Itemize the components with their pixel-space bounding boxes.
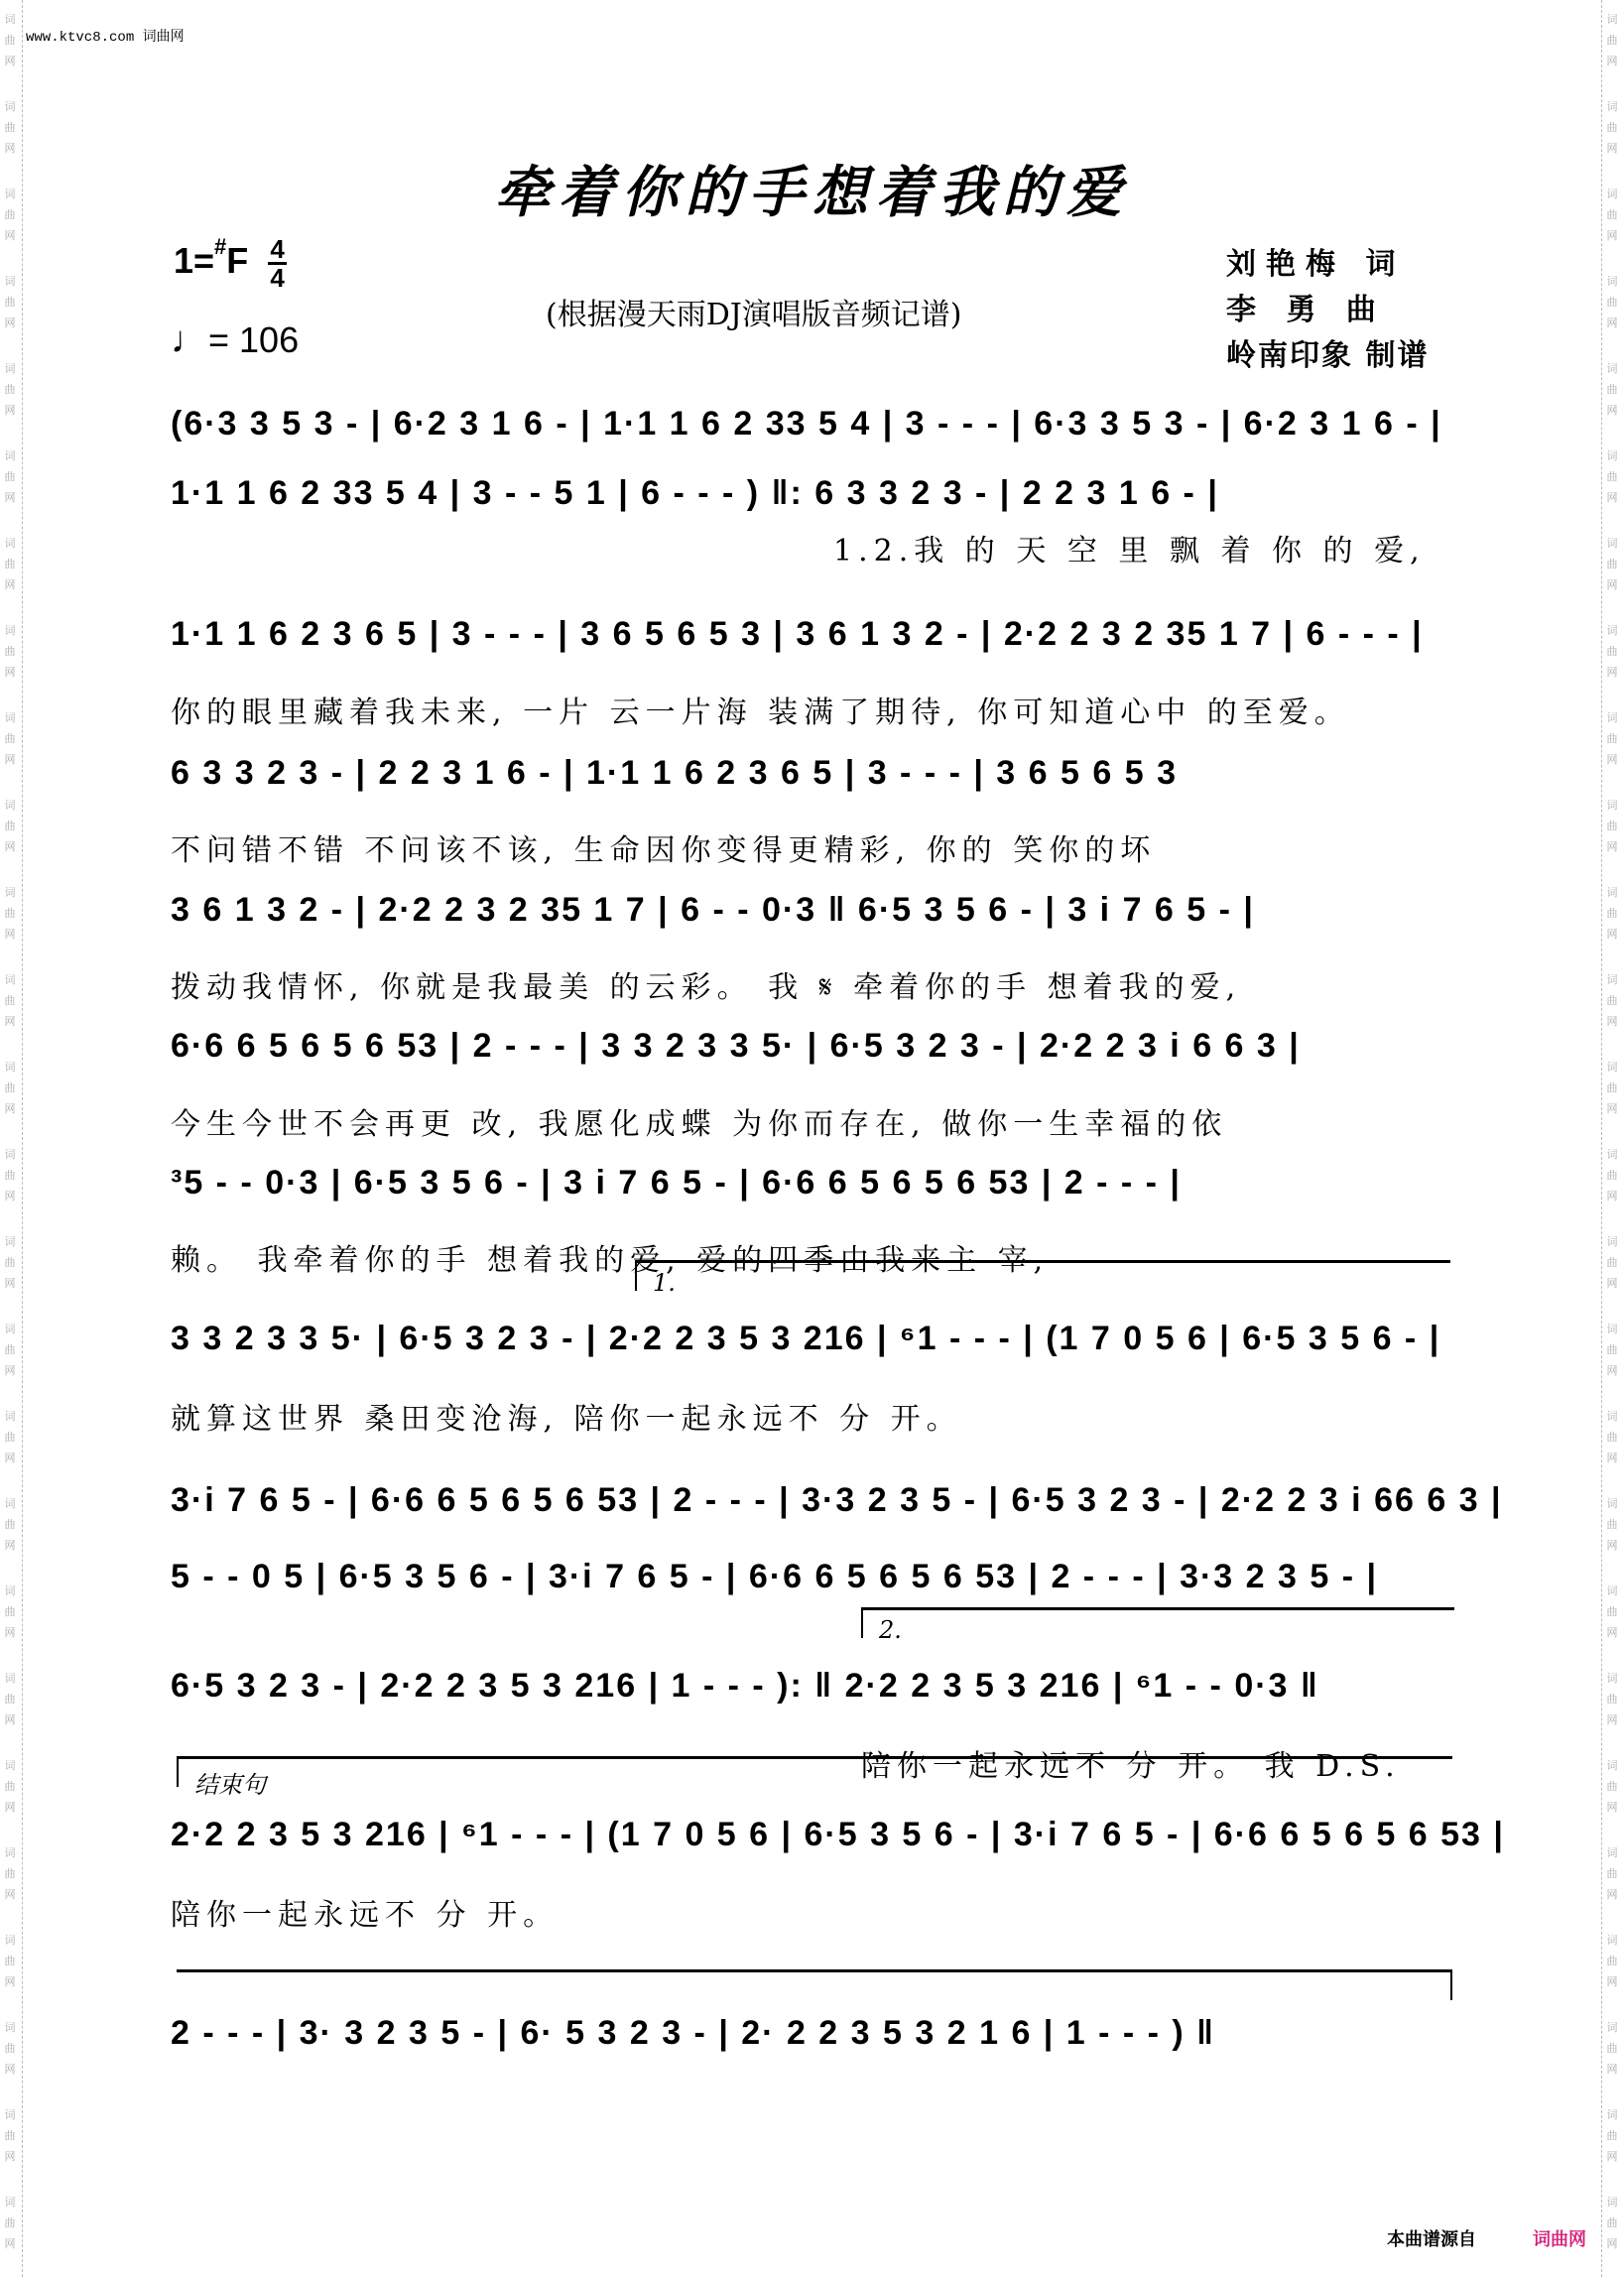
watermark-glyph: 网 <box>3 1012 17 1031</box>
watermark-glyph: 网 <box>3 2234 17 2253</box>
watermark-glyph: 曲 <box>1605 31 1619 50</box>
watermark-glyph: 词 <box>3 2018 17 2037</box>
watermark-glyph: 网 <box>3 1361 17 1380</box>
watermark-glyph: 曲 <box>1605 118 1619 137</box>
watermark-glyph: 网 <box>3 1099 17 1118</box>
lyric-line: 陪你一起永远不 分 开。 <box>171 1890 559 1934</box>
tempo-value: = 106 <box>208 319 299 360</box>
watermark-glyph: 网 <box>3 226 17 245</box>
watermark-glyph: 词 <box>3 970 17 989</box>
watermark-glyph: 词 <box>1605 883 1619 902</box>
watermark-glyph: 网 <box>1605 1710 1619 1729</box>
watermark-glyph: 词 <box>3 1669 17 1688</box>
watermark-glyph: 网 <box>1605 750 1619 769</box>
watermark-glyph: 词 <box>3 272 17 291</box>
notation-line: 1·1 1 6 2 33 5 4 | 3 - - 5 1 | 6 - - - )… <box>171 474 1219 513</box>
notation-line: 3·i 7 6 5 - | 6·6 6 5 6 5 6 53 | 2 - - -… <box>171 1481 1503 1520</box>
watermark-glyph: 网 <box>3 1623 17 1642</box>
watermark-glyph: 网 <box>1605 2060 1619 2079</box>
watermark-glyph: 词 <box>1605 796 1619 815</box>
credits: 刘艳梅 词 李 勇 曲 岭南印象 制谱 <box>1226 242 1429 379</box>
watermark-glyph: 词 <box>3 359 17 378</box>
notation-line: 3 6 1 3 2 - | 2·2 2 3 2 35 1 7 | 6 - - 0… <box>171 891 1255 930</box>
watermark-glyph: 曲 <box>3 1166 17 1185</box>
score-row: 5 - - 0 5 | 6·5 3 5 6 - | 3·i 7 6 5 - | … <box>171 1558 1460 1613</box>
watermark-glyph: 曲 <box>3 1777 17 1796</box>
watermark-glyph: 网 <box>1605 1187 1619 1205</box>
watermark-glyph: 网 <box>1605 663 1619 682</box>
site-watermark: www.ktvc8.com 词曲网 <box>26 26 185 46</box>
watermark-glyph: 词 <box>1605 1494 1619 1513</box>
watermark-glyph: 词 <box>1605 272 1619 291</box>
watermark-glyph: 网 <box>1605 1623 1619 1642</box>
watermark-glyph: 词 <box>1605 359 1619 378</box>
watermark-glyph: 网 <box>3 925 17 944</box>
watermark-glyph: 曲 <box>3 1340 17 1359</box>
watermark-glyph: 网 <box>3 1972 17 1991</box>
watermark-glyph: 词 <box>3 2105 17 2124</box>
watermark-glyph: 词 <box>1605 10 1619 29</box>
watermark-glyph: 词 <box>1605 97 1619 116</box>
watermark-glyph: 曲 <box>3 380 17 399</box>
watermark-glyph: 词 <box>1605 708 1619 727</box>
lyric-line: 1.2.我 的 天 空 里 飘 着 你 的 爱, <box>833 526 1426 569</box>
footer-source: 本曲谱源自 <box>1387 2225 1476 2251</box>
score-row: 3 6 1 3 2 - | 2·2 2 3 2 35 1 7 | 6 - - 0… <box>171 891 1460 947</box>
watermark-glyph: 曲 <box>3 1864 17 1883</box>
watermark-glyph: 词 <box>1605 621 1619 640</box>
watermark-glyph: 词 <box>3 97 17 116</box>
watermark-glyph: 词 <box>1605 1407 1619 1426</box>
lyric-line: 你的眼里藏着我未来, 一片 云一片海 装满了期待, 你可知道心中 的至爱。 <box>171 688 1350 731</box>
right-watermark-margin: 词曲网词曲网词曲网词曲网词曲网词曲网词曲网词曲网词曲网词曲网词曲网词曲网词曲网词… <box>1601 0 1624 2277</box>
score-row: 2·2 2 3 5 3 216 | ⁶1 - - - | (1 7 0 5 6 … <box>171 1816 1460 1871</box>
watermark-glyph: 曲 <box>3 293 17 312</box>
lyric-line: 今生今世不会再更 改, 我愿化成蝶 为你而存在, 做你一生幸福的依 <box>171 1099 1227 1143</box>
watermark-glyph: 词 <box>3 534 17 553</box>
volta-bracket: 1. <box>635 1260 1450 1291</box>
watermark-glyph: 词 <box>1605 1058 1619 1076</box>
watermark-glyph: 网 <box>1605 1012 1619 1031</box>
watermark-glyph: 网 <box>1605 925 1619 944</box>
watermark-glyph: 网 <box>3 1710 17 1729</box>
watermark-glyph: 曲 <box>3 2039 17 2058</box>
watermark-glyph: 网 <box>3 52 17 70</box>
watermark-glyph: 曲 <box>1605 1428 1619 1447</box>
watermark-glyph: 网 <box>3 837 17 856</box>
watermark-glyph: 曲 <box>3 2214 17 2232</box>
watermark-glyph: 词 <box>3 1494 17 1513</box>
watermark-glyph: 网 <box>1605 488 1619 507</box>
watermark-glyph: 网 <box>1605 52 1619 70</box>
watermark-glyph: 网 <box>1605 1274 1619 1293</box>
watermark-glyph: 曲 <box>1605 2214 1619 2232</box>
watermark-glyph: 曲 <box>1605 991 1619 1010</box>
watermark-glyph: 网 <box>1605 1449 1619 1467</box>
watermark-glyph: 网 <box>1605 314 1619 332</box>
watermark-glyph: 曲 <box>3 817 17 835</box>
lyric-line: 不问错不错 不问该不该, 生命因你变得更精彩, 你的 笑你的坏 <box>171 825 1156 869</box>
watermark-glyph: 词 <box>3 796 17 815</box>
notation-line: 1·1 1 6 2 3 6 5 | 3 - - - | 3 6 5 6 5 3 … <box>171 615 1424 654</box>
score-row: 3·i 7 6 5 - | 6·6 6 5 6 5 6 53 | 2 - - -… <box>171 1481 1460 1537</box>
left-watermark-margin: 词曲网词曲网词曲网词曲网词曲网词曲网词曲网词曲网词曲网词曲网词曲网词曲网词曲网词… <box>0 0 23 2277</box>
watermark-glyph: 网 <box>1605 1361 1619 1380</box>
watermark-glyph: 网 <box>3 2147 17 2166</box>
watermark-glyph: 网 <box>1605 401 1619 420</box>
score-row: 6 3 3 2 3 - | 2 2 3 1 6 - | 1·1 1 6 2 3 … <box>171 754 1460 810</box>
watermark-glyph: 词 <box>1605 970 1619 989</box>
watermark-glyph: 词 <box>3 1843 17 1862</box>
watermark-glyph: 曲 <box>3 1952 17 1970</box>
watermark-glyph: 词 <box>1605 1843 1619 1862</box>
watermark-glyph: 网 <box>3 663 17 682</box>
watermark-glyph: 曲 <box>3 31 17 50</box>
watermark-glyph: 曲 <box>1605 1690 1619 1708</box>
watermark-glyph: 曲 <box>3 467 17 486</box>
watermark-glyph: 曲 <box>3 1078 17 1097</box>
score-row: ³5 - - 0·3 | 6·5 3 5 6 - | 3 i 7 6 5 - |… <box>171 1164 1460 1219</box>
notation-line: 2 - - - | 3· 3 2 3 5 - | 6· 5 3 2 3 - | … <box>171 2014 1215 2053</box>
watermark-glyph: 网 <box>3 401 17 420</box>
quarter-note-icon: ♩ <box>171 319 208 361</box>
arranger: 岭南印象 制谱 <box>1226 333 1429 379</box>
watermark-glyph: 词 <box>3 1232 17 1251</box>
watermark-glyph: 网 <box>3 488 17 507</box>
footer-site-name: 词曲网 <box>1533 2229 1586 2249</box>
watermark-glyph: 词 <box>3 1407 17 1426</box>
song-title: 牵着你的手想着我的爱 <box>0 149 1624 228</box>
watermark-glyph: 曲 <box>3 1690 17 1708</box>
notation-line: 2·2 2 3 5 3 216 | ⁶1 - - - | (1 7 0 5 6 … <box>171 1816 1505 1854</box>
watermark-glyph: 词 <box>3 883 17 902</box>
key-signature: 1=#F 4 4 <box>174 236 287 291</box>
key-note: F <box>226 240 248 281</box>
watermark-glyph: 网 <box>3 1187 17 1205</box>
watermark-glyph: 曲 <box>3 1602 17 1621</box>
watermark-glyph: 曲 <box>1605 555 1619 573</box>
watermark-glyph: 曲 <box>1605 1864 1619 1883</box>
watermark-glyph: 词 <box>1605 534 1619 553</box>
watermark-glyph: 曲 <box>1605 729 1619 748</box>
sharp-symbol: # <box>214 234 226 259</box>
watermark-glyph: 词 <box>1605 1232 1619 1251</box>
watermark-glyph: 网 <box>1605 1798 1619 1817</box>
watermark-glyph: 曲 <box>1605 1253 1619 1272</box>
notation-line: 6·5 3 2 3 - | 2·2 2 3 5 3 216 | 1 - - - … <box>171 1667 1319 1706</box>
watermark-glyph: 网 <box>1605 1972 1619 1991</box>
watermark-glyph: 曲 <box>1605 2126 1619 2145</box>
watermark-glyph: 词 <box>1605 446 1619 465</box>
notation-line: ³5 - - 0·3 | 6·5 3 5 6 - | 3 i 7 6 5 - |… <box>171 1164 1182 1202</box>
watermark-glyph: 网 <box>3 314 17 332</box>
watermark-glyph: 曲 <box>1605 467 1619 486</box>
watermark-glyph: 网 <box>1605 575 1619 594</box>
watermark-glyph: 曲 <box>3 118 17 137</box>
watermark-glyph: 曲 <box>1605 1078 1619 1097</box>
bracket-label: 2. <box>879 1616 902 1644</box>
watermark-glyph: 词 <box>3 1931 17 1950</box>
watermark-glyph: 词 <box>1605 1756 1619 1775</box>
watermark-glyph: 词 <box>1605 1581 1619 1600</box>
watermark-glyph: 曲 <box>1605 642 1619 661</box>
lyricist: 刘艳梅 词 <box>1226 242 1429 288</box>
watermark-glyph: 曲 <box>1605 380 1619 399</box>
lyric-line: 拨动我情怀, 你就是我最美 的云彩。 我 𝄋 牵着你的手 想着我的爱, <box>171 962 1241 1006</box>
watermark-glyph: 词 <box>1605 1931 1619 1950</box>
watermark-glyph: 曲 <box>1605 293 1619 312</box>
watermark-glyph: 词 <box>3 1058 17 1076</box>
watermark-glyph: 词 <box>1605 2193 1619 2212</box>
bracket-label: 1. <box>653 1269 676 1297</box>
notation-line: 6 3 3 2 3 - | 2 2 3 1 6 - | 1·1 1 6 2 3 … <box>171 754 1178 793</box>
watermark-glyph: 曲 <box>3 991 17 1010</box>
watermark-glyph: 曲 <box>3 1253 17 1272</box>
notation-line: 5 - - 0 5 | 6·5 3 5 6 - | 3·i 7 6 5 - | … <box>171 1558 1378 1596</box>
watermark-glyph: 网 <box>3 1274 17 1293</box>
watermark-glyph: 网 <box>3 1536 17 1555</box>
watermark-glyph: 网 <box>1605 1536 1619 1555</box>
watermark-glyph: 曲 <box>1605 1952 1619 1970</box>
score-row: 3 3 2 3 3 5· | 6·5 3 2 3 - | 2·2 2 3 5 3… <box>171 1320 1460 1375</box>
score-row: 2 - - - | 3· 3 2 3 5 - | 6· 5 3 2 3 - | … <box>171 2014 1460 2070</box>
footer-source-label: 本曲谱源自 <box>1387 2229 1476 2249</box>
watermark-glyph: 词 <box>3 1756 17 1775</box>
bracket-label: 结束句 <box>194 1765 266 1800</box>
watermark-glyph: 网 <box>1605 837 1619 856</box>
watermark-glyph: 网 <box>1605 1885 1619 1904</box>
score-row: 1·1 1 6 2 3 6 5 | 3 - - - | 3 6 5 6 5 3 … <box>171 615 1460 671</box>
score-row: 1·1 1 6 2 33 5 4 | 3 - - 5 1 | 6 - - - )… <box>171 474 1460 530</box>
watermark-glyph: 网 <box>3 750 17 769</box>
key-label: 1= <box>174 240 214 281</box>
watermark-glyph: 曲 <box>1605 1602 1619 1621</box>
watermark-glyph: 曲 <box>1605 1515 1619 1534</box>
watermark-glyph: 词 <box>1605 2105 1619 2124</box>
score-row: (6·3 3 5 3 - | 6·2 3 1 6 - | 1·1 1 6 2 3… <box>171 405 1460 460</box>
footer-site: 词曲网 <box>1533 2225 1586 2251</box>
watermark-glyph: 网 <box>3 575 17 594</box>
watermark-glyph: 词 <box>3 2193 17 2212</box>
composer: 李 勇 曲 <box>1226 288 1429 333</box>
watermark-glyph: 网 <box>1605 226 1619 245</box>
watermark-glyph: 曲 <box>3 904 17 923</box>
watermark-glyph: 曲 <box>1605 904 1619 923</box>
watermark-glyph: 网 <box>3 1885 17 1904</box>
watermark-glyph: 网 <box>1605 2147 1619 2166</box>
watermark-glyph: 网 <box>3 1798 17 1817</box>
lyric-line: 就算这世界 桑田变沧海, 陪你一起永远不 分 开。 <box>171 1394 962 1438</box>
watermark-glyph: 词 <box>1605 1145 1619 1164</box>
watermark-glyph: 词 <box>3 446 17 465</box>
watermark-glyph: 曲 <box>3 1515 17 1534</box>
watermark-glyph: 曲 <box>1605 1340 1619 1359</box>
watermark-glyph: 曲 <box>1605 817 1619 835</box>
watermark-glyph: 曲 <box>1605 2039 1619 2058</box>
watermark-glyph: 词 <box>1605 2018 1619 2037</box>
watermark-glyph: 网 <box>3 2060 17 2079</box>
watermark-glyph: 曲 <box>3 1428 17 1447</box>
volta-bracket: 2. <box>861 1607 1454 1638</box>
watermark-glyph: 网 <box>1605 2234 1619 2253</box>
watermark-glyph: 词 <box>3 1581 17 1600</box>
ending-bracket: 结束句 <box>177 1756 1452 1787</box>
watermark-glyph: 曲 <box>3 555 17 573</box>
tempo-marking: ♩= 106 <box>171 319 299 362</box>
watermark-glyph: 词 <box>1605 1320 1619 1338</box>
watermark-glyph: 曲 <box>3 642 17 661</box>
score-row: 6·5 3 2 3 - | 2·2 2 3 5 3 216 | 1 - - - … <box>171 1667 1460 1722</box>
time-signature: 4 4 <box>268 236 286 291</box>
ending-bracket-continuation <box>177 1969 1452 2000</box>
watermark-glyph: 词 <box>3 1145 17 1164</box>
watermark-glyph: 词 <box>1605 1669 1619 1688</box>
watermark-glyph: 词 <box>3 10 17 29</box>
watermark-glyph: 曲 <box>1605 1166 1619 1185</box>
watermark-glyph: 曲 <box>3 729 17 748</box>
watermark-glyph: 词 <box>3 621 17 640</box>
notation-line: 6·6 6 5 6 5 6 53 | 2 - - - | 3 3 2 3 3 5… <box>171 1027 1301 1066</box>
subtitle: (根据漫天雨DJ演唱版音频记谱) <box>546 290 962 333</box>
watermark-glyph: 网 <box>1605 1099 1619 1118</box>
notation-line: 3 3 2 3 3 5· | 6·5 3 2 3 - | 2·2 2 3 5 3… <box>171 1320 1440 1358</box>
watermark-glyph: 曲 <box>1605 1777 1619 1796</box>
watermark-glyph: 网 <box>3 1449 17 1467</box>
watermark-glyph: 曲 <box>3 2126 17 2145</box>
notation-line: (6·3 3 5 3 - | 6·2 3 1 6 - | 1·1 1 6 2 3… <box>171 405 1442 443</box>
score-row: 6·6 6 5 6 5 6 53 | 2 - - - | 3 3 2 3 3 5… <box>171 1027 1460 1082</box>
watermark-glyph: 词 <box>3 1320 17 1338</box>
watermark-glyph: 词 <box>3 708 17 727</box>
